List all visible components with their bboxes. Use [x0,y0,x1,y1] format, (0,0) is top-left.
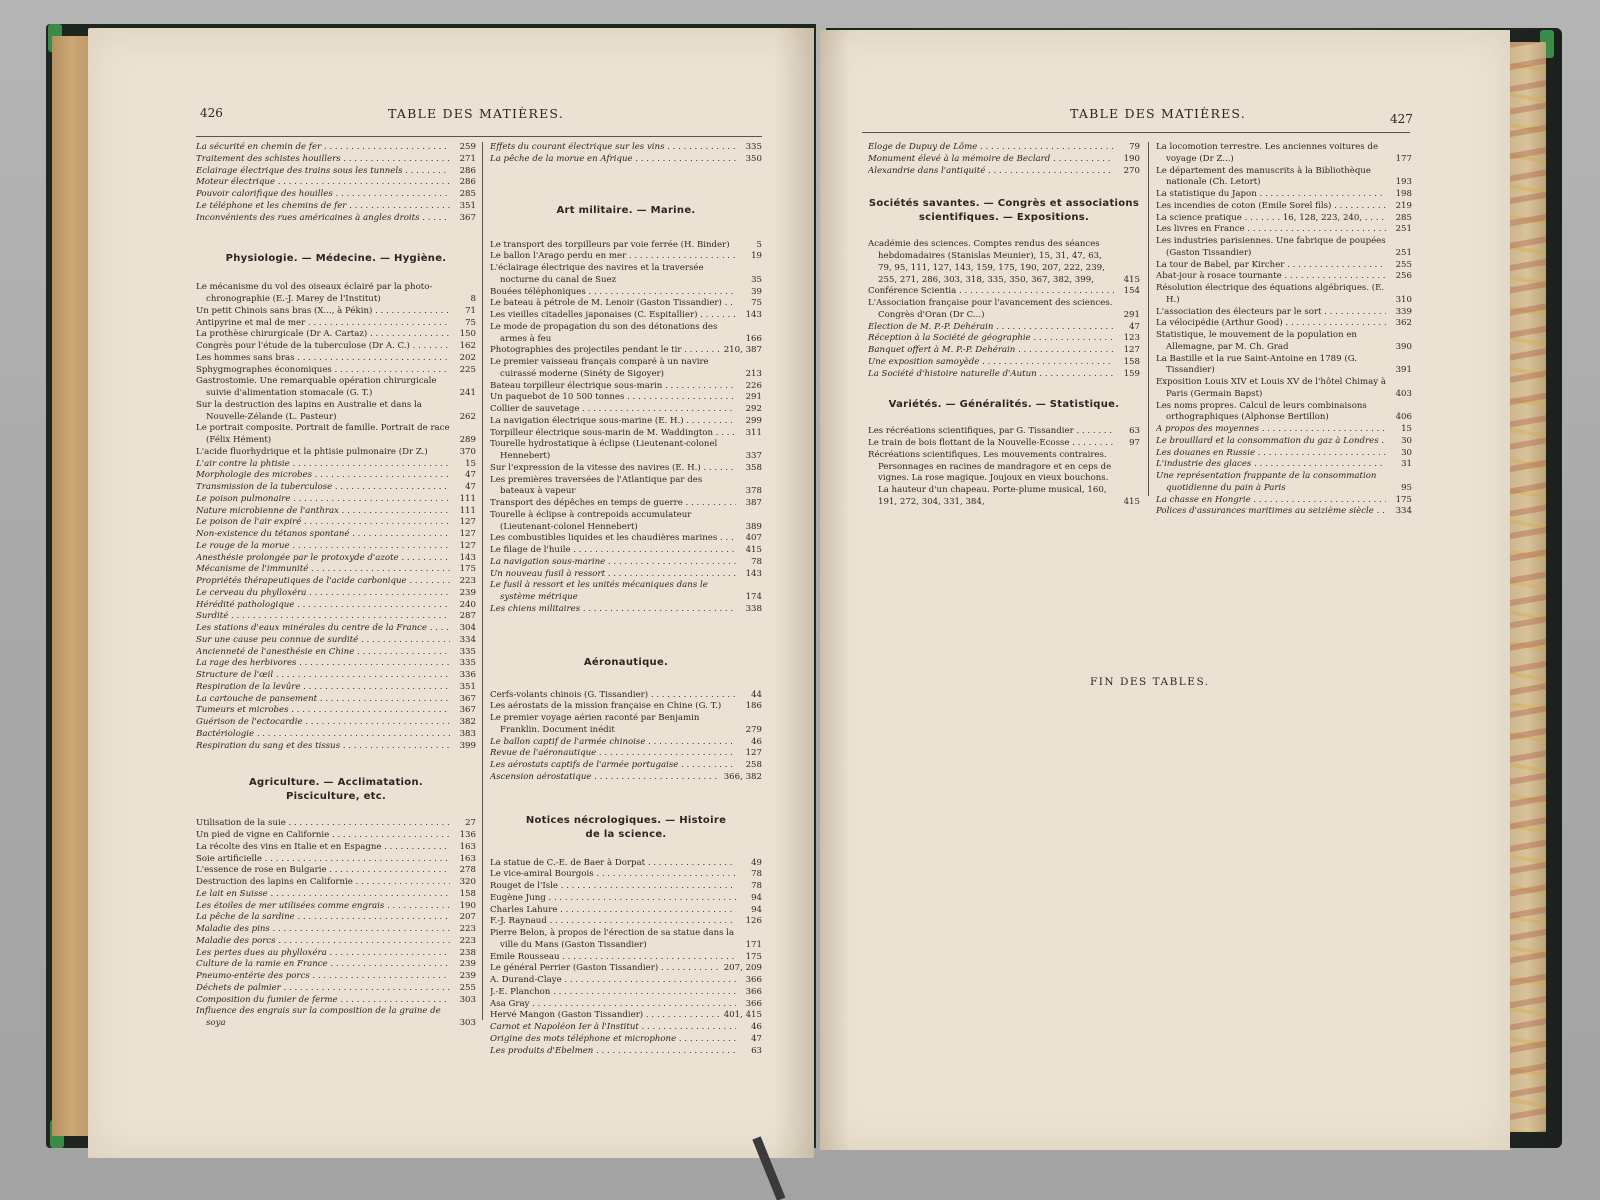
entry-page-number: 367 [450,213,476,225]
entry-title: Le train de bois flottant de la Nouvelle… [868,438,1114,450]
entry-title: Asa Gray [490,999,736,1011]
entry-page-number: 163 [450,842,476,854]
entry-title: Le poison pulmonaire [196,494,450,506]
entry-title: Éloge de Dupuy de Lôme [868,142,1114,154]
index-entry: Moteur électrique286 [196,177,476,189]
entry-page-number: 334 [450,635,476,647]
entry-title: L'industrie des glaces [1156,459,1386,471]
entry-page-number: 159 [1114,369,1140,381]
index-entry: Les produits d'Ebelmen63 [490,1046,762,1058]
index-entry: Résolution électrique des équations algé… [1156,283,1412,307]
entry-page-number: 258 [736,760,762,772]
entry-page-number: 46 [736,737,762,749]
index-entry: Tourelle à éclipse à contrepoids accumul… [490,510,762,534]
index-entry: Le poison de l'air expiré127 [196,517,476,529]
index-entry: Exposition Louis XIV et Louis XV de l'hô… [1156,377,1412,401]
entry-title: La navigation électrique sous-marine (E.… [490,416,736,428]
entry-page-number: 127 [450,541,476,553]
index-entry: Sur l'expression de la vitesse des navir… [490,463,762,475]
entry-page-number: 415 [736,545,762,557]
entry-title: Soie artificielle [196,854,450,866]
index-entry: La pêche de la morue en Afrique350 [490,154,762,166]
index-entry: L'air contre la phtisie15 [196,459,476,471]
index-entry: Le poison pulmonaire111 [196,494,476,506]
entry-title: Torpilleur électrique sous-marin de M. W… [490,428,736,440]
entry-title: La science pratique . . . . . . . 16, 12… [1156,213,1386,225]
entry-page-number: 46 [736,1022,762,1034]
column-divider-left [482,142,483,1020]
entry-title: Le bateau à pétrole de M. Lenoir (Gaston… [490,298,736,310]
entry-title: Eugène Jung [490,893,736,905]
index-entry: Mécanisme de l'immunité175 [196,564,476,576]
index-entry: Le filage de l'huile415 [490,545,762,557]
entry-page-number: 150 [450,329,476,341]
index-entry: La cartouche de pansement367 [196,694,476,706]
index-entry: Sphygmographes économiques225 [196,365,476,377]
index-entry: L'acide fluorhydrique et la phtisie pulm… [196,447,476,459]
entry-page-number: 15 [450,459,476,471]
index-entry: Le premier vaisseau français comparé à u… [490,357,762,381]
entry-page-number: 97 [1114,438,1140,450]
index-entry: Tourelle hydrostatique à éclipse (Lieute… [490,439,762,463]
entry-page-number: 210, 387 [720,345,762,357]
index-entry: Le mécanisme du vol des oiseaux éclairé … [196,282,476,306]
entry-page-number: 79 [1114,142,1140,154]
entry-title: La Bastille et la rue Saint-Antoine en 1… [1156,354,1386,378]
index-entry: Transmission de la tuberculose47 [196,482,476,494]
index-entry: Une exposition samoyède158 [868,357,1140,369]
index-entry: Le brouillard et la consommation du gaz … [1156,436,1412,448]
index-entry: La science pratique . . . . . . . 16, 12… [1156,213,1412,225]
entry-page-number: 158 [450,889,476,901]
entry-title: La pêche de la sardine [196,912,450,924]
entry-title: Bateau torpilleur électrique sous-marin [490,381,736,393]
entry-title: Les premières traversées de l'Atlantique… [490,475,736,499]
entry-page-number: 174 [736,592,762,604]
index-entry: Transport des dépêches en temps de guerr… [490,498,762,510]
section-title-physiologie: Physiologie. — Médecine. — Hygiène. [196,252,476,266]
index-entry: Hérédité pathologique240 [196,600,476,612]
index-entry: Inconvénients des rues américaines à ang… [196,213,476,225]
index-entry: La Société d'histoire naturelle d'Autun1… [868,369,1140,381]
entry-page-number: 71 [450,306,476,318]
index-entry: Collier de sauvetage292 [490,404,762,416]
entry-page-number: 251 [1386,224,1412,236]
index-entry: Pierre Belon, à propos de l'érection de … [490,928,762,952]
entry-title: Le ballon captif de l'armée chinoise [490,737,736,749]
entry-title: Résolution électrique des équations algé… [1156,283,1386,307]
index-entry: Utilisation de la suie27 [196,818,476,830]
entry-title: Les incendies de coton (Émile Sorel fils… [1156,201,1386,213]
entry-page-number: 223 [450,936,476,948]
entry-title: La pêche de la morue en Afrique [490,154,736,166]
entry-title: Les étoiles de mer utilisées comme engra… [196,901,450,913]
entry-page-number: 337 [736,451,762,463]
index-entry: Les stations d'eaux minérales du centre … [196,623,476,635]
entry-title: Moteur électrique [196,177,450,189]
entry-page-number: 175 [450,564,476,576]
entry-title: Le transport des torpilleurs par voie fe… [490,240,736,252]
entry-page-number: 286 [450,177,476,189]
entry-title: Déchets de palmier [196,983,450,995]
index-entry: La sécurité en chemin de fer259 [196,142,476,154]
entry-page-number: 362 [1386,318,1412,330]
index-entry: L'Association française pour l'avancemen… [868,298,1140,322]
entry-page-number: 198 [1386,189,1412,201]
entry-title: Le mécanisme du vol des oiseaux éclairé … [196,282,450,306]
entry-title: Guérison de l'ectocardie [196,717,450,729]
index-entry: Maladie des pins223 [196,924,476,936]
entry-title: Bouées téléphoniques [490,287,736,299]
entry-page-number: 366 [736,987,762,999]
entry-page-number: 255 [450,983,476,995]
index-entry: Une représentation frappante de la conso… [1156,471,1412,495]
entry-page-number: 255 [1386,260,1412,272]
entry-title: Bactériologie [196,729,450,741]
entry-page-number: 239 [450,588,476,600]
entry-page-number: 94 [736,893,762,905]
entry-title: Le poison de l'air expiré [196,517,450,529]
index-entry: Composition du fumier de ferme303 [196,995,476,1007]
entry-page-number: 143 [736,569,762,581]
entry-title: Le cerveau du phylloxéra [196,588,450,600]
entry-page-number: 291 [736,392,762,404]
entry-page-number: 75 [450,318,476,330]
index-entry: Le premier voyage aérien raconté par Ben… [490,713,762,737]
index-entry: A. Durand-Claye366 [490,975,762,987]
entry-title: Le brouillard et la consommation du gaz … [1156,436,1386,448]
index-entry: Le cerveau du phylloxéra239 [196,588,476,600]
entry-page-number: 378 [736,486,762,498]
entry-title: Académie des sciences. Comptes rendus de… [868,239,1114,286]
entry-title: Composition du fumier de ferme [196,995,450,1007]
entry-page-number: 241 [450,388,476,400]
entry-page-number: 383 [450,729,476,741]
index-entry: Alexandrie dans l'antiquité270 [868,166,1140,178]
index-entry: L'essence de rose en Bulgarie278 [196,865,476,877]
index-entry: Propriétés thérapeutiques de l'acide car… [196,576,476,588]
entry-title: Les aérostats de la mission française en… [490,701,736,713]
entry-page-number: 162 [450,341,476,353]
index-entry: Eclairage électrique des trains sous les… [196,166,476,178]
entry-title: Un paquebot de 10 500 tonnes [490,392,736,404]
entry-page-number: 166 [736,334,762,346]
index-entry: Le portrait composite. Portrait de famil… [196,423,476,447]
entry-title: La statistique du Japon [1156,189,1386,201]
entry-page-number: 49 [736,858,762,870]
entry-page-number: 303 [450,995,476,1007]
entry-page-number: 111 [450,506,476,518]
entry-page-number: 190 [1114,154,1140,166]
entry-page-number: 219 [1386,201,1412,213]
entry-title: Non-existence du tétanos spontané [196,529,450,541]
index-entry: Structure de l'œil336 [196,670,476,682]
index-entry: Photographies des projectiles pendant le… [490,345,762,357]
index-entry: Gastrostomie. Une remarquable opération … [196,376,476,400]
index-entry: L'éclairage électrique des navires et la… [490,263,762,287]
entry-title: La sécurité en chemin de fer [196,142,450,154]
entry-page-number: 163 [450,854,476,866]
entry-page-number: 63 [1114,426,1140,438]
entry-title: Collier de sauvetage [490,404,736,416]
index-entry: Banquet offert à M. P.-P. Dehérain127 [868,345,1140,357]
entry-title: Destruction des lapins en Californie [196,877,450,889]
entry-page-number: 415 [1114,275,1140,287]
index-entry: Polices d'assurances maritimes au seiziè… [1156,506,1412,518]
entry-title: La récolte des vins en Italie et en Espa… [196,842,450,854]
index-entry: L'association des électeurs par le sort3… [1156,307,1412,319]
index-entry: Origine des mots téléphone et microphone… [490,1034,762,1046]
entry-title: Réception à la Société de géographie [868,333,1114,345]
running-head-left: TABLE DES MATIÈRES. [388,106,564,121]
entry-title: Un pied de vigne en Californie [196,830,450,842]
entry-page-number: 171 [736,940,762,952]
index-entry: La prothèse chirurgicale (Dr A. Cartaz)1… [196,329,476,341]
entry-title: L'air contre la phtisie [196,459,450,471]
entry-title: Propriétés thérapeutiques de l'acide car… [196,576,450,588]
index-entry: Les douanes en Russie30 [1156,448,1412,460]
entry-page-number: 279 [736,725,762,737]
entry-page-number: 239 [450,959,476,971]
index-entry: Les aérostats captifs de l'armée portuga… [490,760,762,772]
entry-page-number: 226 [736,381,762,393]
entry-title: L'éclairage électrique des navires et la… [490,263,736,287]
entry-title: Tourelle hydrostatique à éclipse (Lieute… [490,439,736,463]
entry-title: La cartouche de pansement [196,694,450,706]
section-title-societes: Sociétés savantes. — Congrès et associat… [868,197,1140,225]
section-title-varietes: Variétés. — Généralités. — Statistique. [868,398,1140,412]
entry-page-number: 177 [1386,154,1412,166]
entry-page-number: 75 [736,298,762,310]
entry-title: Un petit Chinois sans bras (X..., à Péki… [196,306,450,318]
index-entry: Le mode de propagation du son des détona… [490,322,762,346]
entry-title: Inconvénients des rues américaines à ang… [196,213,450,225]
index-entry: Ascension aérostatique366, 382 [490,772,762,784]
entry-title: Les noms propres. Calcul de leurs combin… [1156,401,1386,425]
entry-page-number: 336 [450,670,476,682]
entry-page-number: 63 [736,1046,762,1058]
entry-page-number: 251 [1386,248,1412,260]
entry-page-number: 262 [450,412,476,424]
entry-title: Nature microbienne de l'anthrax [196,506,450,518]
index-entry: La chasse en Hongrie175 [1156,495,1412,507]
entry-page-number: 350 [736,154,762,166]
entry-title: Les stations d'eaux minérales du centre … [196,623,450,635]
entry-page-number: 289 [450,435,476,447]
left-page-column-2: Effets du courant électrique sur les vin… [490,142,762,1057]
entry-page-number: 47 [450,482,476,494]
index-entry: Les hommes sans bras202 [196,353,476,365]
entry-title: Le mode de propagation du son des détona… [490,322,736,346]
entry-page-number: 259 [450,142,476,154]
entry-title: Élection de M. P.-P. Dehérain [868,322,1114,334]
entry-page-number: 207 [450,912,476,924]
entry-page-number: 143 [736,310,762,322]
entry-page-number: 335 [736,142,762,154]
index-entry: Cerfs-volants chinois (G. Tissandier)44 [490,690,762,702]
entry-page-number: 19 [736,251,762,263]
index-entry: La vélocipédie (Arthur Good)362 [1156,318,1412,330]
index-entry: Le téléphone et les chemins de fer351 [196,201,476,213]
right-page-column-1: Éloge de Dupuy de Lôme79Monument élevé à… [868,142,1140,509]
entry-page-number: 31 [1386,459,1412,471]
entry-page-number: 310 [1386,295,1412,307]
entry-page-number: 136 [450,830,476,842]
index-entry: Déchets de palmier255 [196,983,476,995]
index-entry: La récolte des vins en Italie et en Espa… [196,842,476,854]
index-entry: Le ballon captif de l'armée chinoise46 [490,737,762,749]
header-rule-left [196,136,762,137]
entry-title: Conférence Scientia [868,286,1114,298]
index-entry: Non-existence du tétanos spontané127 [196,529,476,541]
entry-title: La navigation sous-marine [490,557,736,569]
entry-title: Culture de la ramie en France [196,959,450,971]
index-entry: Ancienneté de l'anesthésie en Chine335 [196,647,476,659]
entry-page-number: 78 [736,881,762,893]
entry-page-number: 335 [450,647,476,659]
entry-title: Les récréations scientifiques, par G. Ti… [868,426,1114,438]
entry-page-number: 186 [736,701,762,713]
entry-title: Les chiens militaires [490,604,736,616]
entry-page-number: 47 [1114,322,1140,334]
index-entry: Les noms propres. Calcul de leurs combin… [1156,401,1412,425]
entry-title: Polices d'assurances maritimes au seiziè… [1156,506,1386,518]
entry-title: La rage des herbivores [196,658,450,670]
entry-title: Le ballon l'Arago perdu en mer [490,251,736,263]
index-entry: Les industries parisiennes. Une fabrique… [1156,236,1412,260]
entry-page-number: 127 [1114,345,1140,357]
index-entry: Influence des engrais sur la composition… [196,1006,476,1030]
entry-title: Origine des mots téléphone et microphone [490,1034,736,1046]
index-entry: Un petit Chinois sans bras (X..., à Péki… [196,306,476,318]
page-number-left: 426 [200,106,223,120]
index-entry: Abat-jour à rosace tournante256 [1156,271,1412,283]
entry-title: Tourelle à éclipse à contrepoids accumul… [490,510,736,534]
column-divider-right [1148,142,1149,496]
entry-page-number: 8 [450,294,476,306]
index-entry: Le général Perrier (Gaston Tissandier)20… [490,963,762,975]
entry-title: Les aérostats captifs de l'armée portuga… [490,760,736,772]
entry-page-number: 223 [450,576,476,588]
index-entry: L'industrie des glaces31 [1156,459,1412,471]
entry-page-number: 47 [450,470,476,482]
entry-page-number: 238 [450,948,476,960]
entry-page-number: 311 [736,428,762,440]
entry-title: Effets du courant électrique sur les vin… [490,142,736,154]
index-entry: Bouées téléphoniques39 [490,287,762,299]
entry-title: Respiration de la levûre [196,682,450,694]
entry-page-number: 401, 415 [720,1010,762,1022]
entry-page-number: 366, 382 [720,772,762,784]
entry-title: Un nouveau fusil à ressort [490,569,736,581]
entry-title: L'essence de rose en Bulgarie [196,865,450,877]
entry-title: La Société d'histoire naturelle d'Autun [868,369,1114,381]
entry-title: Gastrostomie. Une remarquable opération … [196,376,450,400]
entry-page-number: 239 [450,971,476,983]
index-entry: Le transport des torpilleurs par voie fe… [490,240,762,252]
index-entry: Morphologie des microbes47 [196,470,476,482]
entry-title: Récréations scientifiques. Les mouvement… [868,450,1114,509]
page-number-right: 427 [1390,112,1413,126]
entry-page-number: 27 [450,818,476,830]
index-entry: Bateau torpilleur électrique sous-marin2… [490,381,762,393]
index-entry: Antipyrine et mal de mer75 [196,318,476,330]
entry-title: Le téléphone et les chemins de fer [196,201,450,213]
marbled-page-edges [1508,42,1546,1132]
index-entry: Le vice-amiral Bourgois78 [490,869,762,881]
entry-title: Respiration du sang et des tissus [196,741,450,753]
entry-page-number: 407 [736,533,762,545]
entry-page-number: 287 [450,611,476,623]
entry-page-number: 358 [736,463,762,475]
index-entry: La statue de C.-E. de Baer à Dorpat49 [490,858,762,870]
entry-page-number: 339 [1386,307,1412,319]
entry-title: Influence des engrais sur la composition… [196,1006,450,1030]
index-entry: Maladie des porcs223 [196,936,476,948]
index-entry: Respiration du sang et des tissus399 [196,741,476,753]
entry-page-number: 406 [1386,412,1412,424]
entry-page-number: 292 [736,404,762,416]
entry-page-number: 335 [450,658,476,670]
entry-title: Morphologie des microbes [196,470,450,482]
entry-title: Pneumo-entérie des porcs [196,971,450,983]
index-entry: Les pertes dues au phylloxéra238 [196,948,476,960]
index-entry: J.-E. Planchon366 [490,987,762,999]
entry-title: Le premier vaisseau français comparé à u… [490,357,736,381]
entry-page-number: 291 [1114,310,1140,322]
entry-page-number: 190 [450,901,476,913]
entry-page-number: 30 [1386,448,1412,460]
entry-title: J.-E. Planchon [490,987,736,999]
entry-title: Photographies des projectiles pendant le… [490,345,720,357]
index-entry: Statistique, le mouvement de la populati… [1156,330,1412,354]
entry-title: Le filage de l'huile [490,545,736,557]
index-entry: Le ballon l'Arago perdu en mer19 [490,251,762,263]
entry-title: Le général Perrier (Gaston Tissandier) [490,963,720,975]
index-entry: F.-J. Raynaud126 [490,916,762,928]
entry-title: La tour de Babel, par Kircher [1156,260,1386,272]
index-entry: Les aérostats de la mission française en… [490,701,762,713]
entry-title: La statue de C.-E. de Baer à Dorpat [490,858,736,870]
entry-title: Les hommes sans bras [196,353,450,365]
entry-title: L'Association française pour l'avancemen… [868,298,1114,322]
entry-page-number: 213 [736,369,762,381]
index-entry: Guérison de l'ectocardie382 [196,717,476,729]
index-entry: Monument élevé à la mémoire de Beclard19… [868,154,1140,166]
entry-page-number: 351 [450,682,476,694]
entry-title: Monument élevé à la mémoire de Beclard [868,154,1114,166]
entry-page-number: 158 [1114,357,1140,369]
entry-title: L'acide fluorhydrique et la phtisie pulm… [196,447,450,459]
entry-page-number: 143 [450,553,476,565]
entry-page-number: 367 [450,705,476,717]
index-entry: Le rouge de la morue127 [196,541,476,553]
entry-title: Le portrait composite. Portrait de famil… [196,423,450,447]
entry-page-number: 94 [736,905,762,917]
entry-page-number: 271 [450,154,476,166]
entry-title: A. Durand-Claye [490,975,736,987]
index-entry: Culture de la ramie en France239 [196,959,476,971]
entry-page-number: 127 [450,517,476,529]
entry-title: Eclairage électrique des trains sous les… [196,166,450,178]
index-entry: Effets du courant électrique sur les vin… [490,142,762,154]
entry-page-number: 389 [736,522,762,534]
entry-page-number: 367 [450,694,476,706]
end-of-tables-label: FIN DES TABLES. [1090,676,1210,688]
entry-page-number: 338 [736,604,762,616]
entry-title: Les livres en France [1156,224,1386,236]
entry-page-number: 299 [736,416,762,428]
